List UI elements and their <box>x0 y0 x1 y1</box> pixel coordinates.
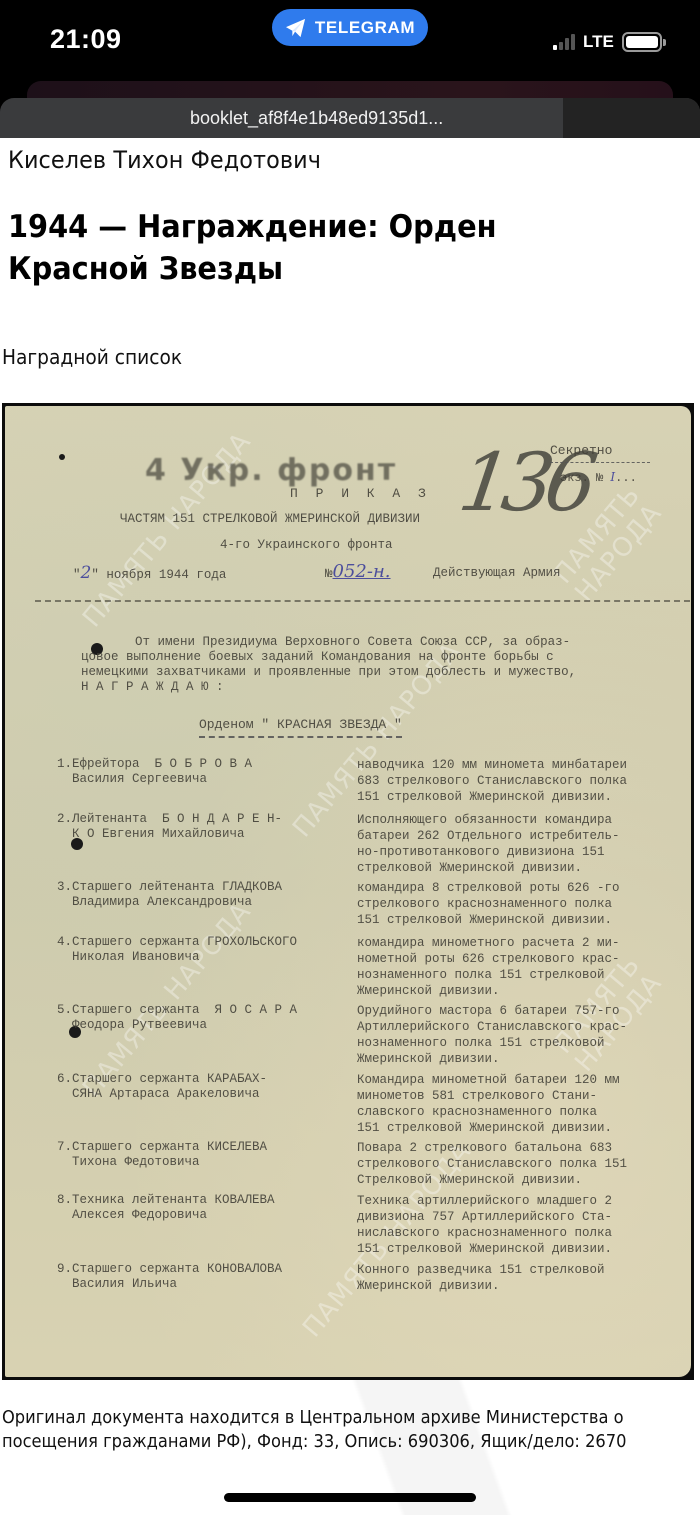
archive-note: Оригинал документа находится в Центральн… <box>2 1406 672 1454</box>
home-indicator[interactable] <box>224 1493 476 1502</box>
battery-full-icon <box>622 32 662 52</box>
telegram-plane-icon <box>285 18 307 38</box>
front-name: 4-го Украинского фронта <box>220 538 393 552</box>
preamble-line: цовое выполнение боевых заданий Командов… <box>81 650 554 664</box>
tab-bar-right-area <box>563 98 700 138</box>
order-name: Орденом " КРАСНАЯ ЗВЕЗДА " <box>199 717 402 738</box>
preamble-line: немецкими захватчиками и проявленные при… <box>81 665 576 679</box>
order-number: №052-н. <box>325 561 391 582</box>
order-heading: П Р И К А З <box>290 486 431 501</box>
status-bar: 21:09 TELEGRAM LTE booklet_af8f4e1b48ed9… <box>0 0 700 140</box>
archive-note-line: посещения гражданами РФ), Фонд: 33, Опис… <box>2 1430 672 1454</box>
cellular-signal-icon <box>553 34 575 50</box>
browser-tab-bar[interactable]: booklet_af8f4e1b48ed9135d1... <box>0 98 700 138</box>
award-title: 1944 — Награждение: Орден Красной Звезды <box>8 206 585 290</box>
network-type: LTE <box>583 32 614 52</box>
document-scan-image[interactable]: ПАМЯТЬ НАРОДА ПАМЯТЬ НАРОДА ПАМЯТЬ НАРОД… <box>2 403 694 1380</box>
order-date: "2" ноября 1944 года <box>73 563 226 583</box>
preamble-line: Н А Г Р А Ж Д А Ю : <box>81 680 224 694</box>
copy-mark: экз. № I... <box>560 470 637 485</box>
preamble-line: От имени Президиума Верховного Совета Со… <box>135 635 570 649</box>
secret-rule <box>550 462 650 463</box>
secret-mark: Секретно <box>550 443 612 458</box>
front-stamp: 4 Укр. фронт <box>145 453 397 488</box>
status-indicators: LTE <box>553 32 662 52</box>
tab-title[interactable]: booklet_af8f4e1b48ed9135d1... <box>0 98 563 138</box>
dashed-divider <box>35 600 690 602</box>
status-time: 21:09 <box>50 24 122 55</box>
army-label: Действующая Армия <box>433 566 561 580</box>
archive-note-line: Оригинал документа находится в Центральн… <box>2 1406 672 1430</box>
telegram-label: TELEGRAM <box>315 18 415 38</box>
paper-mark <box>59 454 65 460</box>
telegram-return-pill[interactable]: TELEGRAM <box>272 9 428 46</box>
page-content: Киселев Тихон Федотович 1944 — Награжден… <box>0 138 700 1515</box>
document-label: Наградной список <box>2 345 182 369</box>
order-subheading: ЧАСТЯМ 151 СТРЕЛКОВОЙ ЖМЕРИНСКОЙ ДИВИЗИИ <box>120 512 420 526</box>
scanned-paper: ПАМЯТЬ НАРОДА ПАМЯТЬ НАРОДА ПАМЯТЬ НАРОД… <box>5 406 691 1377</box>
person-name: Киселев Тихон Федотович <box>8 146 321 174</box>
